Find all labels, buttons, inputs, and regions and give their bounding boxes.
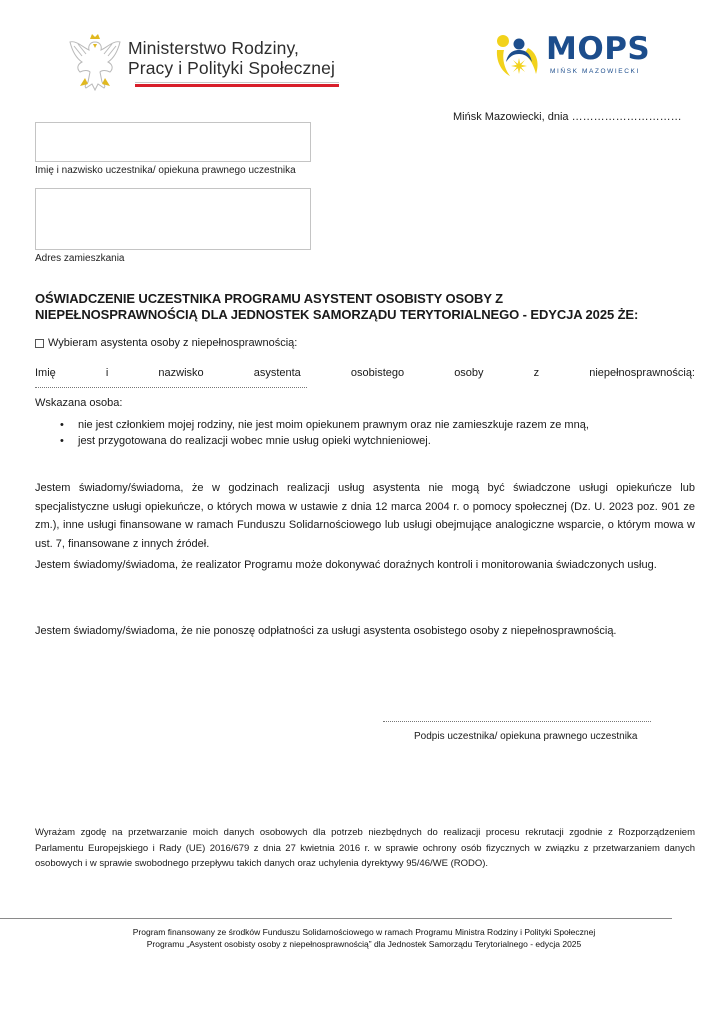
- footer-line2: Programu „Asystent osobisty osoby z niep…: [0, 938, 728, 950]
- list-item: nie jest członkiem mojej rodziny, nie je…: [60, 417, 589, 433]
- statement-paragraph: Jestem świadomy/świadoma, że realizator …: [35, 556, 695, 575]
- choose-assistant-option[interactable]: Wybieram asystenta osoby z niepełnospraw…: [35, 337, 297, 349]
- indicated-person-label: Wskazana osoba:: [35, 397, 122, 409]
- address-field[interactable]: [35, 188, 311, 250]
- gdpr-consent-text: Wyrażam zgodę na przetwarzanie moich dan…: [35, 825, 695, 872]
- document-title-line2: NIEPEŁNOSPRAWNOŚCIĄ DLA JEDNOSTEK SAMORZ…: [35, 307, 695, 323]
- ministry-logo: Ministerstwo Rodziny, Pracy i Polityki S…: [66, 28, 356, 98]
- footer: Program finansowany ze środków Funduszu …: [0, 926, 728, 950]
- assistant-name-word: osobistego: [351, 367, 404, 379]
- assistant-name-word: niepełnosprawnością:: [589, 367, 695, 379]
- signature-line[interactable]: [383, 718, 651, 722]
- ministry-name-line2: Pracy i Polityki Społecznej: [128, 58, 335, 78]
- participant-name-field[interactable]: [35, 122, 311, 162]
- family-sun-icon: [494, 32, 544, 80]
- assistant-name-word: asystenta: [254, 367, 301, 379]
- signature-label: Podpis uczestnika/ opiekuna prawnego ucz…: [414, 731, 637, 742]
- document-title: OŚWIADCZENIE UCZESTNIKA PROGRAMU ASYSTEN…: [35, 291, 695, 323]
- participant-name-label: Imię i nazwisko uczestnika/ opiekuna pra…: [35, 165, 296, 176]
- assistant-name-word: z: [534, 367, 540, 379]
- mops-title: MOPS: [546, 32, 650, 66]
- choose-assistant-label: Wybieram asystenta osoby z niepełnospraw…: [48, 337, 297, 349]
- footer-divider: [0, 918, 672, 919]
- place-date: Mińsk Mazowiecki, dnia …………………………: [453, 111, 682, 123]
- ministry-rule-grey: [135, 82, 339, 83]
- statement-paragraph: Jestem świadomy/świadoma, że w godzinach…: [35, 479, 695, 553]
- assistant-name-word: Imię: [35, 367, 56, 379]
- list-item: jest przygotowana do realizacji wobec mn…: [60, 433, 589, 449]
- footer-line1: Program finansowany ze środków Funduszu …: [0, 926, 728, 938]
- address-label: Adres zamieszkania: [35, 253, 124, 264]
- ministry-name-line1: Ministerstwo Rodziny,: [128, 38, 335, 58]
- assistant-name-input-line[interactable]: [35, 383, 307, 388]
- assistant-name-word: i: [106, 367, 108, 379]
- document-title-line1: OŚWIADCZENIE UCZESTNIKA PROGRAMU ASYSTEN…: [35, 291, 695, 307]
- polish-eagle-icon: [66, 28, 124, 94]
- mops-subtitle: MIŃSK MAZOWIECKI: [550, 68, 640, 75]
- assistant-name-word: osoby: [454, 367, 483, 379]
- ministry-name: Ministerstwo Rodziny, Pracy i Polityki S…: [128, 38, 335, 78]
- mops-logo: MOPS MIŃSK MAZOWIECKI: [494, 32, 664, 82]
- choose-assistant-checkbox[interactable]: [35, 339, 44, 348]
- ministry-rule-red: [135, 84, 339, 87]
- conditions-list: nie jest członkiem mojej rodziny, nie je…: [60, 417, 589, 449]
- assistant-name-label: Imię i nazwisko asystenta osobistego oso…: [35, 367, 695, 379]
- assistant-name-word: nazwisko: [158, 367, 203, 379]
- statement-paragraph: Jestem świadomy/świadoma, że nie ponoszę…: [35, 622, 695, 641]
